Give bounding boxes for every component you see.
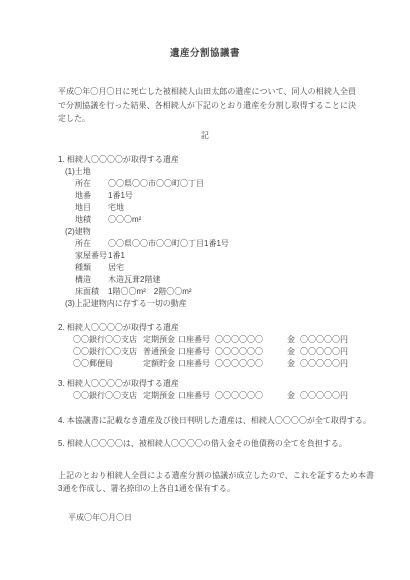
land-row-label: 所在 <box>75 178 108 190</box>
deposit-type: 定額貯金 <box>143 358 178 370</box>
document-title: 遺産分割協議書 <box>0 48 410 60</box>
land-row-value: 1番1号 <box>108 190 133 202</box>
land-row: 地目 宅地 <box>75 202 374 214</box>
intro-paragraph: 平成〇年〇月〇日に死亡した被相続人山田太郎の遺産について、同人の相続人全員で分割… <box>58 85 356 126</box>
building-row-value: 居宅 <box>108 262 124 274</box>
account-number-label: 口座番号 <box>178 358 215 370</box>
land-row: 地積 〇〇〇m² <box>75 214 374 226</box>
section-3-heading: 3. 相続人〇〇〇〇が取得する遺産 <box>58 378 374 390</box>
movables-line: (3)上記建物内に存する一切の動産 <box>65 298 374 310</box>
account-number: 〇〇〇〇〇〇 <box>215 358 287 370</box>
bank-account-row: 〇〇銀行〇〇支店 定期預金 口座番号 〇〇〇〇〇〇 金 〇〇〇〇〇円 <box>73 334 374 346</box>
bank-name: 〇〇銀行〇〇支店 <box>73 390 143 402</box>
bank-name: 〇〇銀行〇〇支店 <box>73 334 143 346</box>
clause-4: 4. 本協議書に記載なき遺産及び後日判明した遺産は、相続人〇〇〇〇が全て取得する… <box>58 414 374 427</box>
bank-account-row: 〇〇銀行〇〇支店 定期預金 口座番号 〇〇〇〇〇〇 金 〇〇〇〇〇円 <box>73 390 374 402</box>
land-row-value: 宅地 <box>108 202 124 214</box>
amount-label: 金 <box>287 390 300 402</box>
deposit-type: 定期預金 <box>143 334 178 346</box>
amount-value: 〇〇〇〇〇円 <box>300 390 348 402</box>
account-number-label: 口座番号 <box>178 346 215 358</box>
building-row-value: 木造瓦葺2階建 <box>108 274 160 286</box>
amount-label: 金 <box>287 358 300 370</box>
amount-value: 〇〇〇〇〇円 <box>300 346 348 358</box>
deposit-type: 普通預金 <box>143 346 178 358</box>
bank-name: 〇〇郵便局 <box>73 358 143 370</box>
date-line: 平成〇年〇月〇日 <box>68 512 374 524</box>
land-subheading: (1)土地 <box>65 166 374 178</box>
section-1: 1. 相続人〇〇〇〇が取得する遺産 (1)土地 所在 〇〇県〇〇市〇〇町〇丁目 … <box>58 154 374 310</box>
building-row-label: 構造 <box>75 274 108 286</box>
land-row-value: 〇〇〇m² <box>108 214 141 226</box>
record-marker: 記 <box>0 129 410 142</box>
land-row-value: 〇〇県〇〇市〇〇町〇丁目 <box>108 178 204 190</box>
building-row-value: 1階〇〇m² 2階〇〇m² <box>108 286 192 298</box>
amount-label: 金 <box>287 334 300 346</box>
section-1-heading: 1. 相続人〇〇〇〇が取得する遺産 <box>58 154 374 166</box>
amount-label: 金 <box>287 346 300 358</box>
building-row: 所在 〇〇県〇〇市〇〇町〇丁目1番1号 <box>75 238 374 250</box>
account-number: 〇〇〇〇〇〇 <box>215 346 287 358</box>
account-number: 〇〇〇〇〇〇 <box>215 334 287 346</box>
land-row: 所在 〇〇県〇〇市〇〇町〇丁目 <box>75 178 374 190</box>
land-row: 地番 1番1号 <box>75 190 374 202</box>
section-2-heading: 2. 相続人〇〇〇〇が取得する遺産 <box>58 322 374 334</box>
document-page: 遺産分割協議書 平成〇年〇月〇日に死亡した被相続人山田太郎の遺産について、同人の… <box>0 0 410 580</box>
land-row-label: 地目 <box>75 202 108 214</box>
account-number: 〇〇〇〇〇〇 <box>215 390 287 402</box>
amount-value: 〇〇〇〇〇円 <box>300 334 348 346</box>
deposit-type: 定期預金 <box>143 390 178 402</box>
account-number-label: 口座番号 <box>178 334 215 346</box>
building-row: 家屋番号 1番1 <box>75 250 374 262</box>
amount-value: 〇〇〇〇〇円 <box>300 358 348 370</box>
bank-account-row: 〇〇郵便局 定額貯金 口座番号 〇〇〇〇〇〇 金 〇〇〇〇〇円 <box>73 358 374 370</box>
section-3: 3. 相続人〇〇〇〇が取得する遺産 〇〇銀行〇〇支店 定期預金 口座番号 〇〇〇… <box>58 378 374 402</box>
land-row-label: 地積 <box>75 214 108 226</box>
building-row-label: 所在 <box>75 238 108 250</box>
bank-account-row: 〇〇銀行〇〇支店 普通預金 口座番号 〇〇〇〇〇〇 金 〇〇〇〇〇円 <box>73 346 374 358</box>
section-2: 2. 相続人〇〇〇〇が取得する遺産 〇〇銀行〇〇支店 定期預金 口座番号 〇〇〇… <box>58 322 374 370</box>
building-row: 種類 居宅 <box>75 262 374 274</box>
building-row-label: 家屋番号 <box>75 250 108 262</box>
building-row: 床面積 1階〇〇m² 2階〇〇m² <box>75 286 374 298</box>
document-body: 1. 相続人〇〇〇〇が取得する遺産 (1)土地 所在 〇〇県〇〇市〇〇町〇丁目 … <box>58 154 374 524</box>
land-row-label: 地番 <box>75 190 108 202</box>
building-row-value: 1番1 <box>108 250 125 262</box>
closing-paragraph: 上記のとおり相続人全員による遺産分割の協議が成立したので、これを証するため本書3… <box>58 469 374 495</box>
building-subheading: (2)建物 <box>65 226 374 238</box>
building-row: 構造 木造瓦葺2階建 <box>75 274 374 286</box>
bank-name: 〇〇銀行〇〇支店 <box>73 346 143 358</box>
building-row-label: 種類 <box>75 262 108 274</box>
building-row-value: 〇〇県〇〇市〇〇町〇丁目1番1号 <box>108 238 229 250</box>
building-row-label: 床面積 <box>75 286 108 298</box>
clause-5: 5. 相続人〇〇〇〇は、被相続人〇〇〇〇の借入金その他債務の全てを負担する。 <box>58 437 374 450</box>
account-number-label: 口座番号 <box>178 390 215 402</box>
